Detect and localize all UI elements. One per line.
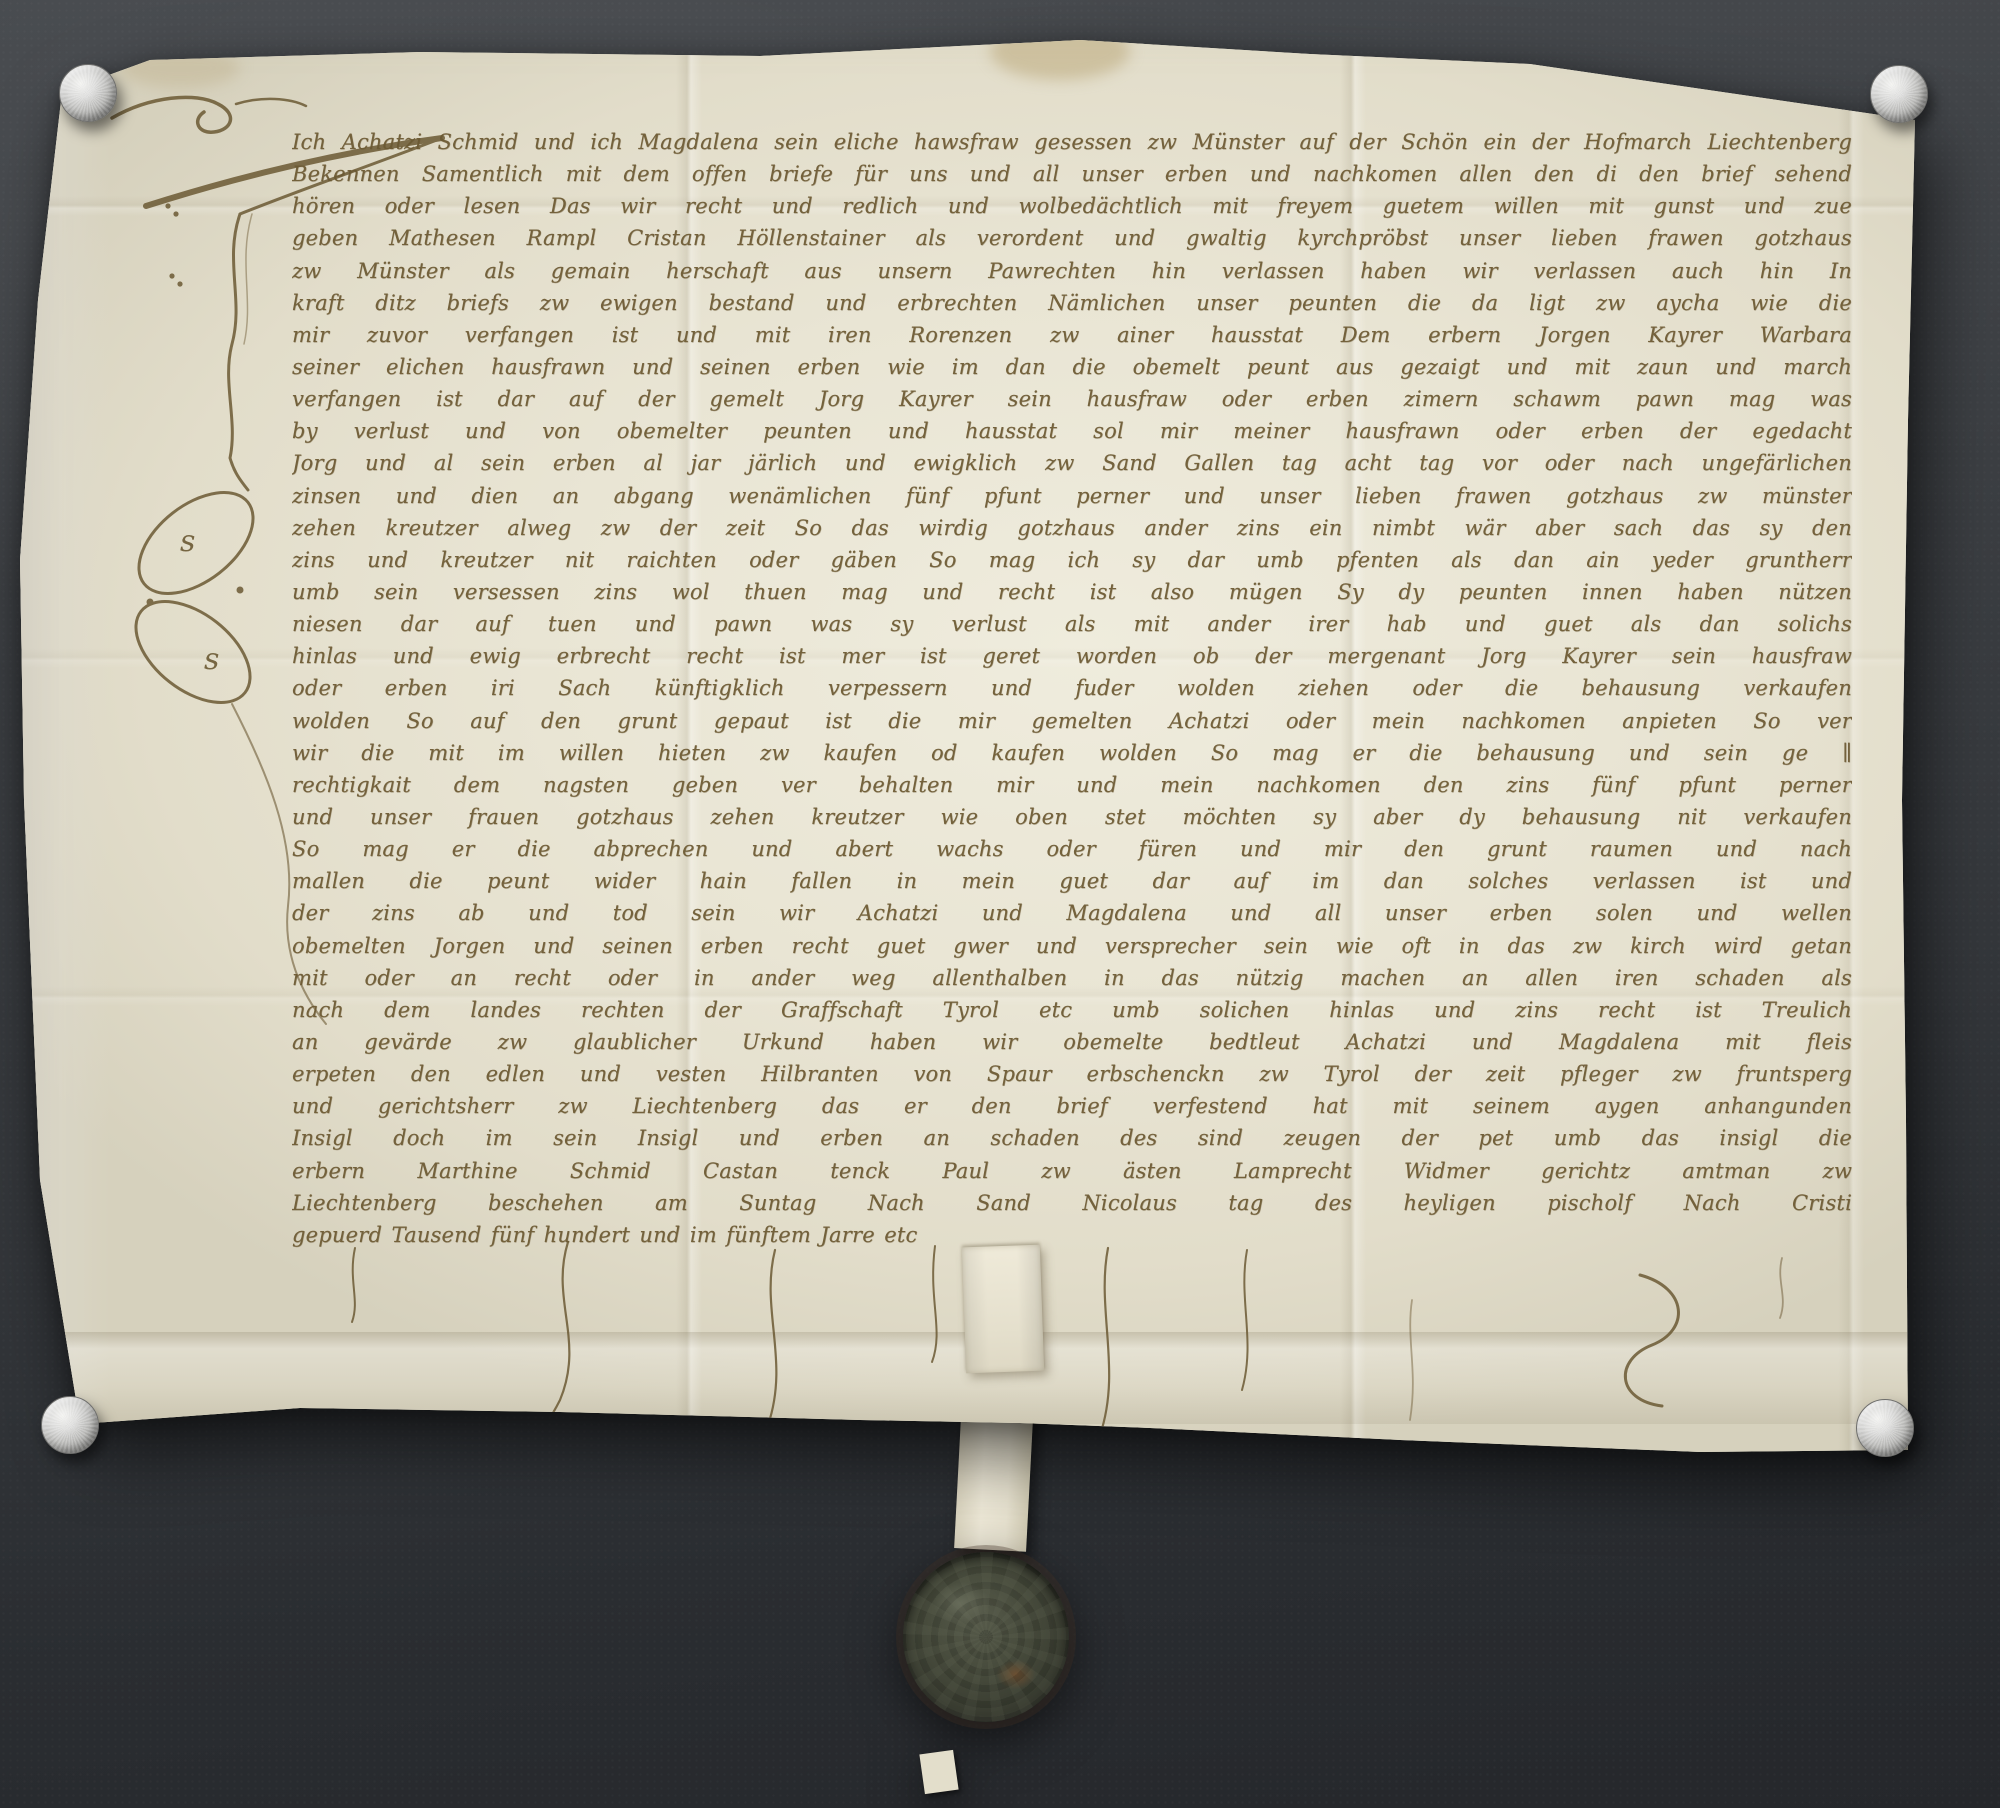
corner-pin-bottom-left (41, 1396, 99, 1454)
corner-pin-top-right (1870, 65, 1928, 123)
margin-letter-s: s (204, 642, 219, 677)
photo-backdrop: Ich Achatzi Schmid und ich Magdalena sei… (0, 0, 2000, 1808)
corner-pin-bottom-right (1856, 1399, 1914, 1457)
seal-tag-through-plica (962, 1245, 1044, 1374)
corner-pin-top-left (59, 64, 117, 122)
margin-letter-s: s (180, 524, 195, 559)
wax-seal-relief-texture (903, 1552, 1069, 1722)
